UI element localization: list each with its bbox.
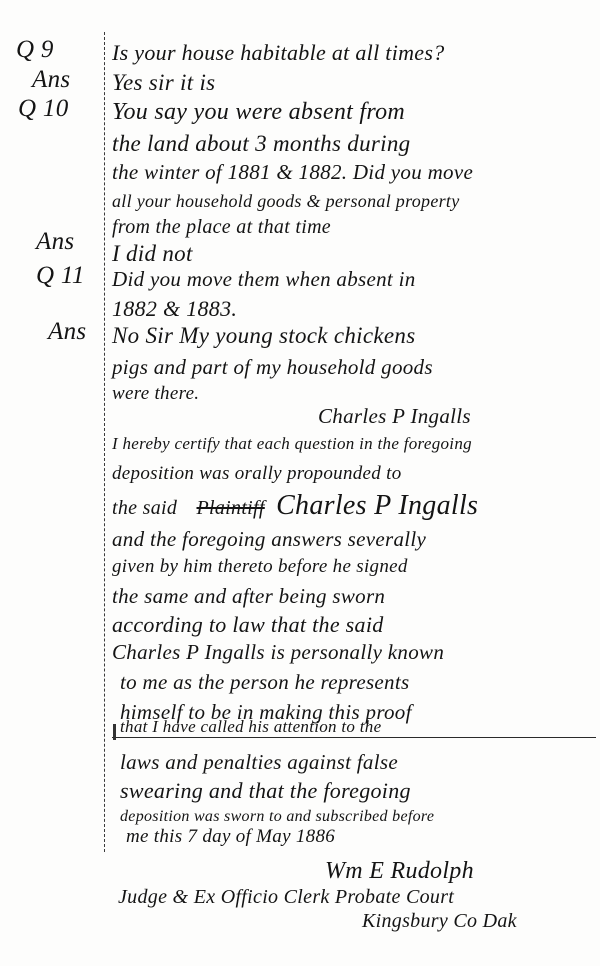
cert-line-13: swearing and that the foregoing	[120, 778, 411, 804]
cert-line-5: given by him thereto before he signed	[112, 556, 408, 578]
cert-line-3: the said Plaintiff Charles P Ingalls	[112, 490, 478, 522]
q10-line-4: all your household goods & personal prop…	[112, 191, 460, 212]
cert-line-14: deposition was sworn to and subscribed b…	[120, 808, 434, 826]
label-q9: Q 9	[16, 36, 54, 64]
cert-line-2: deposition was orally propounded to	[112, 463, 402, 485]
cert-line-8: Charles P Ingalls is personally known	[112, 640, 444, 665]
cert-line-15: me this 7 day of May 1886	[126, 826, 335, 848]
cert-line-12: laws and penalties against false	[120, 750, 398, 775]
struck-word: Plaintiff	[197, 497, 265, 519]
q9-line-1: Is your house habitable at all times?	[112, 40, 445, 66]
ans10-line-1: I did not	[112, 241, 193, 267]
q10-line-2: the land about 3 months during	[112, 131, 410, 157]
horizontal-rule	[112, 737, 596, 738]
ans9-line-1: Yes sir it is	[112, 70, 215, 96]
document-page: Q 9 Ans Q 10 Ans Q 11 Ans Is your house …	[0, 0, 600, 966]
q10-line-5: from the place at that time	[112, 216, 331, 239]
label-q11: Q 11	[36, 262, 85, 290]
cert-the-said: the said	[112, 497, 177, 519]
county-name: Kingsbury Co Dak	[362, 910, 517, 933]
official-signature: Wm E Rudolph	[325, 858, 474, 885]
cert-line-6: the same and after being sworn	[112, 584, 385, 609]
label-ans-q10: Ans	[36, 228, 74, 256]
label-ans-q11: Ans	[48, 318, 86, 346]
ans11-line-2: pigs and part of my household goods	[112, 355, 433, 380]
cert-line-9: to me as the person he represents	[120, 670, 409, 695]
cert-line-7: according to law that the said	[112, 612, 384, 638]
q10-line-3: the winter of 1881 & 1882. Did you move	[112, 160, 473, 185]
q11-line-2: 1882 & 1883.	[112, 296, 237, 322]
cert-line-4: and the foregoing answers severally	[112, 527, 426, 552]
q10-line-1: You say you were absent from	[112, 99, 405, 126]
label-q10: Q 10	[18, 95, 69, 123]
label-ans-q9: Ans	[32, 66, 70, 94]
cert-line-11: that I have called his attention to the	[120, 717, 381, 737]
inserted-claimant-name: Charles P Ingalls	[276, 490, 478, 521]
q11-line-1: Did you move them when absent in	[112, 267, 416, 292]
claimant-signature: Charles P Ingalls	[318, 404, 471, 429]
margin-line	[104, 32, 105, 852]
cert-line-1: I hereby certify that each question in t…	[112, 434, 472, 454]
ans11-line-1: No Sir My young stock chickens	[112, 323, 415, 349]
rule-mark	[113, 724, 116, 740]
ans11-line-3: were there.	[112, 383, 199, 405]
official-title: Judge & Ex Officio Clerk Probate Court	[118, 886, 454, 909]
